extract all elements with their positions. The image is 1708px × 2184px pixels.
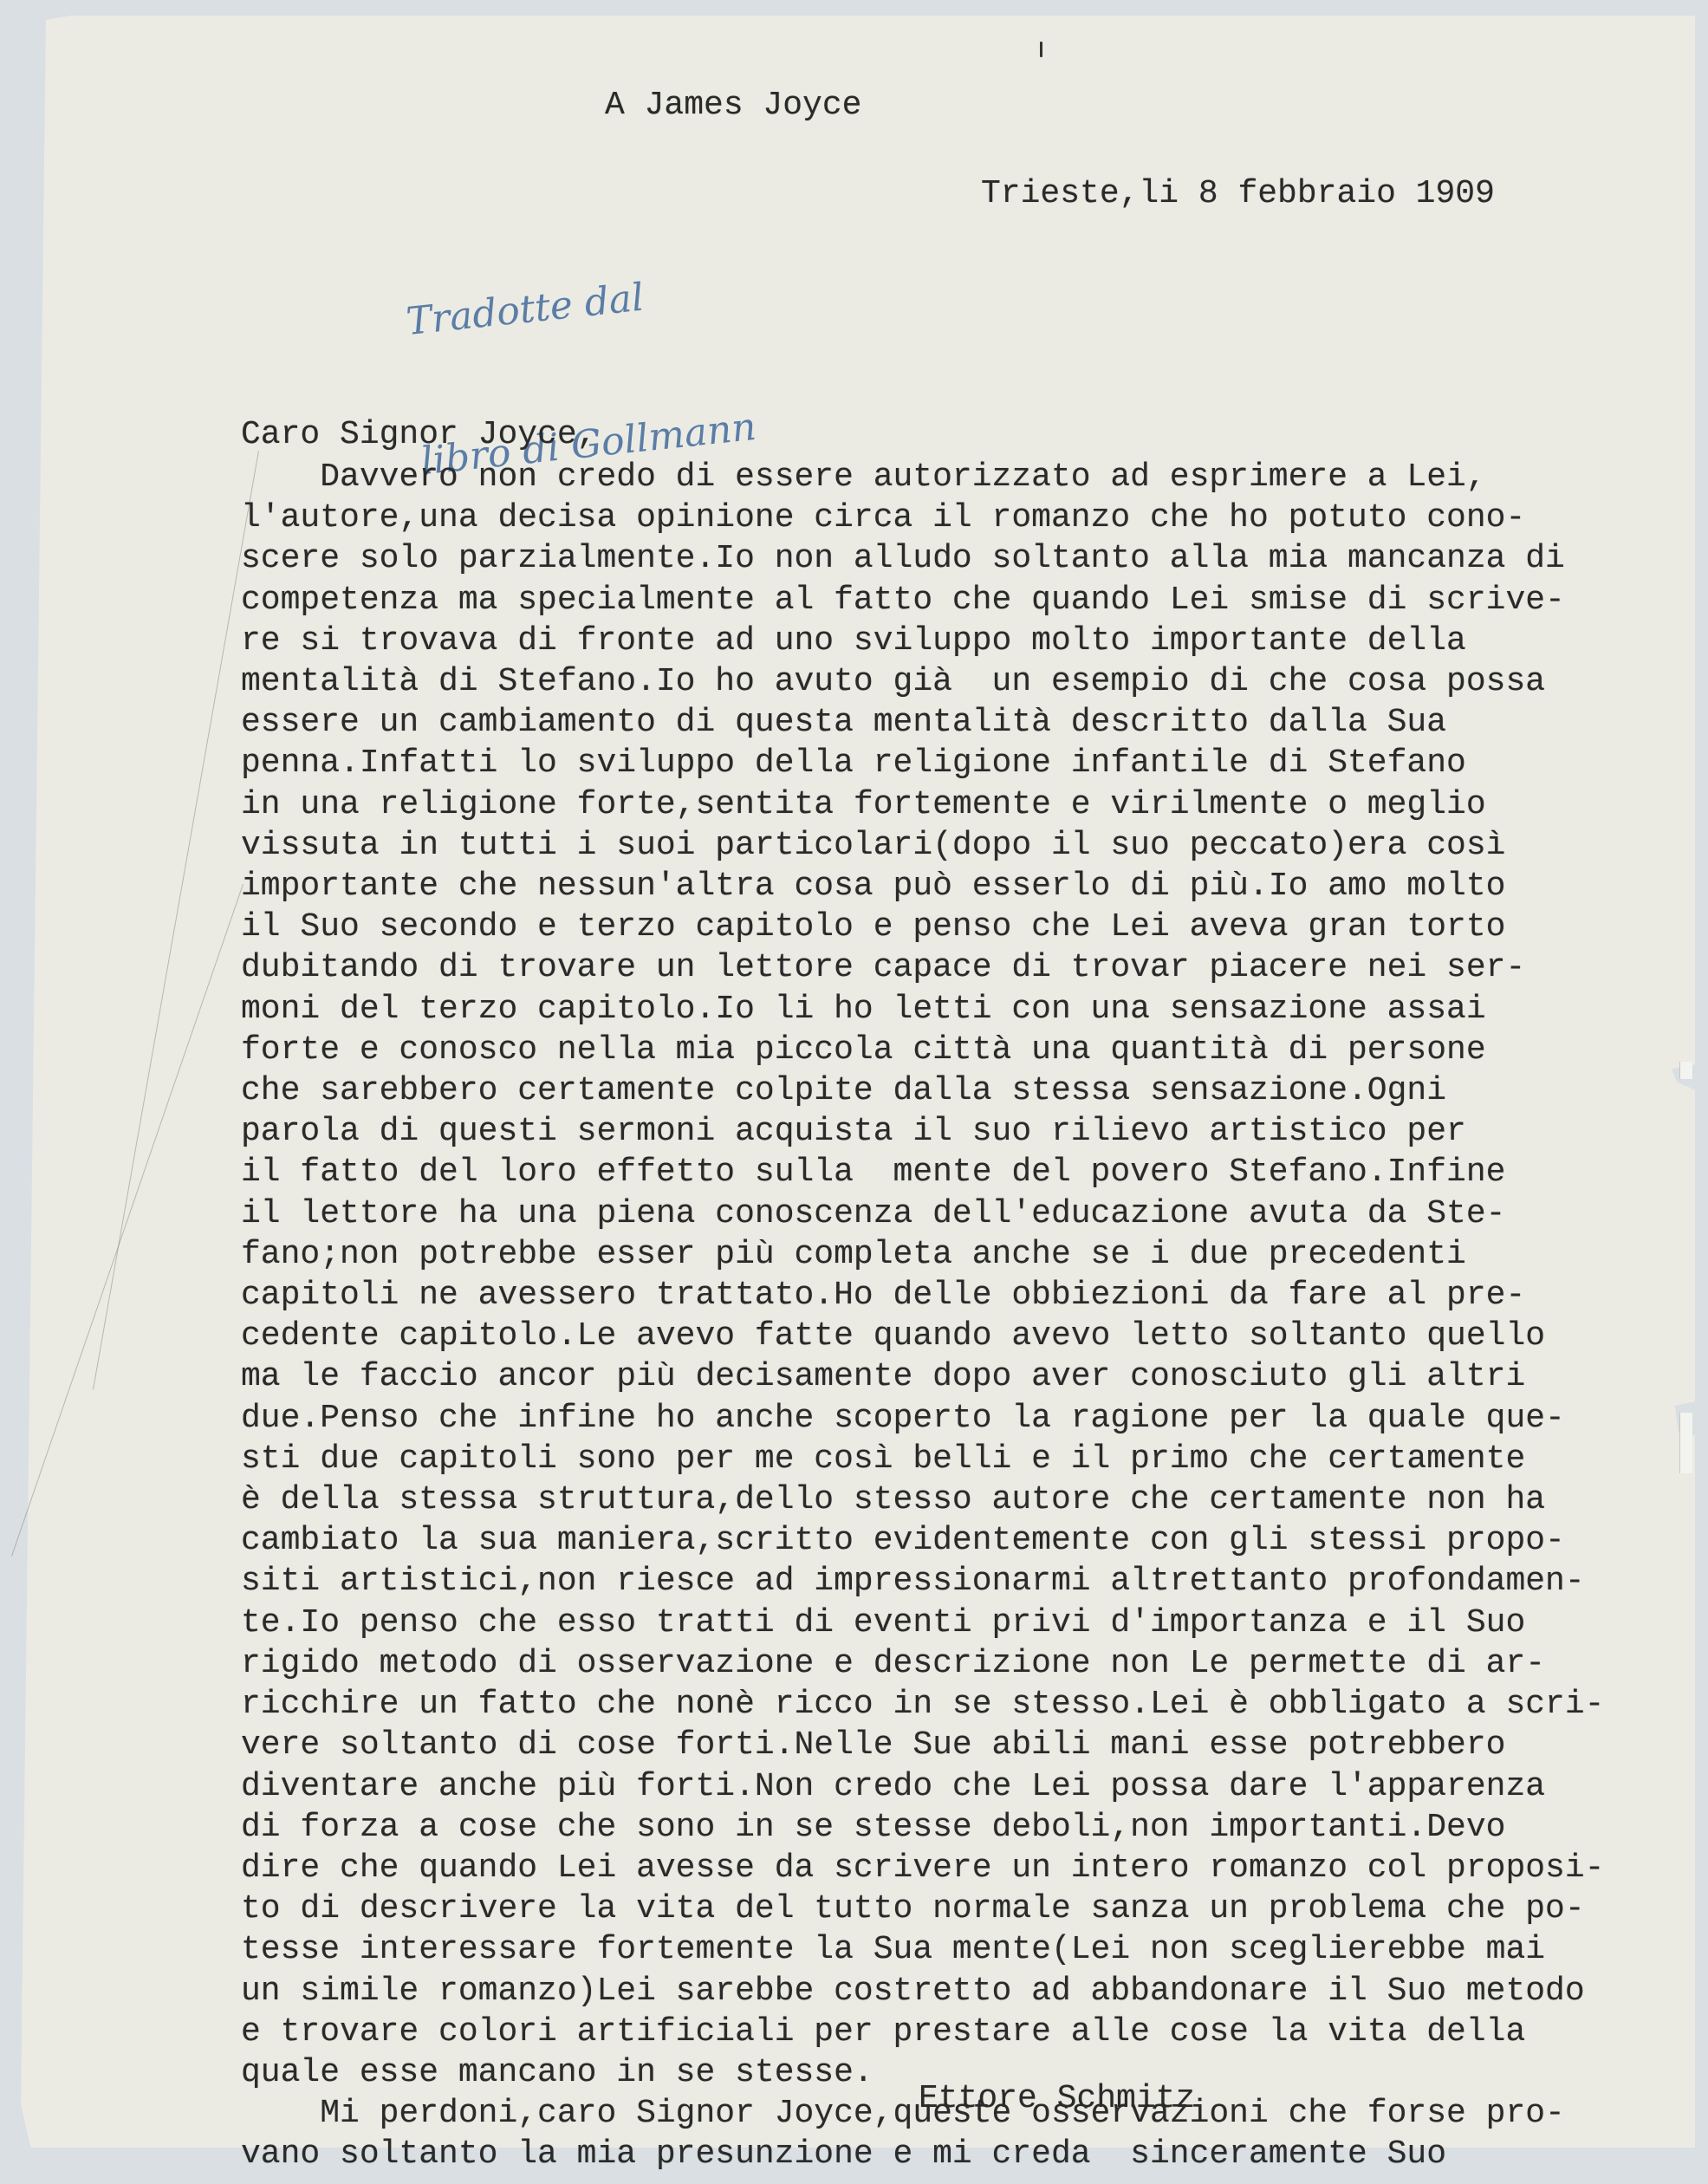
body-line: due.Penso che infine ho anche scoperto l… <box>241 1398 1604 1439</box>
body-line: dire che quando Lei avesse da scrivere u… <box>241 1848 1604 1888</box>
body-line: diventare anche più forti.Non credo che … <box>241 1766 1604 1807</box>
place-date: Trieste,li 8 febbraio 1909 <box>981 173 1495 214</box>
body-line: Davvero non credo di essere autorizzato … <box>241 457 1604 497</box>
body-line: forte e conosco nella mia piccola città … <box>241 1030 1604 1070</box>
body-line: l'autore,una decisa opinione circa il ro… <box>241 497 1604 538</box>
body-line: un simile romanzo)Lei sarebbe costretto … <box>241 1971 1604 2012</box>
body-line: essere un cambiamento di questa mentalit… <box>241 702 1604 743</box>
body-line: parola di questi sermoni acquista il suo… <box>241 1111 1604 1152</box>
body-line: rigido metodo di osservazione e descrizi… <box>241 1643 1604 1684</box>
body-line: importante che nessun'altra cosa può ess… <box>241 866 1604 907</box>
recipient-heading: A James Joyce <box>605 85 861 126</box>
body-line: capitoli ne avessero trattato.Ho delle o… <box>241 1275 1604 1316</box>
body-line: mentalità di Stefano.Io ho avuto già un … <box>241 661 1604 702</box>
signature: Ettore Schmitz <box>919 2078 1195 2119</box>
body-line: di forza a cose che sono in se stesse de… <box>241 1807 1604 1848</box>
body-line: ma le faccio ancor più decisamente dopo … <box>241 1356 1604 1397</box>
body-line: tesse interessare fortemente la Sua ment… <box>241 1929 1604 1970</box>
body-line: che sarebbero certamente colpite dalla s… <box>241 1070 1604 1111</box>
body-line: il fatto del loro effetto sulla mente de… <box>241 1152 1604 1193</box>
paper-tear <box>1679 1413 1692 1473</box>
body-line: dubitando di trovare un lettore capace d… <box>241 947 1604 988</box>
body-line: e trovare colori artificiali per prestar… <box>241 2012 1604 2052</box>
body-line: scere solo parzialmente.Io non alludo so… <box>241 538 1604 579</box>
body-line: il Suo secondo e terzo capitolo e penso … <box>241 907 1604 947</box>
paper-tear <box>1679 1062 1692 1079</box>
ink-mark <box>1040 42 1042 57</box>
body-line: il lettore ha una piena conoscenza dell'… <box>241 1193 1604 1234</box>
body-line: competenza ma specialmente al fatto che … <box>241 580 1604 621</box>
handwritten-note-line: Tradotte dal <box>404 264 744 346</box>
body-line: sti due capitoli sono per me così belli … <box>241 1439 1604 1479</box>
body-line: è della stessa struttura,dello stesso au… <box>241 1479 1604 1520</box>
body-line: re si trovava di fronte ad uno sviluppo … <box>241 621 1604 661</box>
letter-body: Davvero non credo di essere autorizzato … <box>241 457 1604 2175</box>
body-line: te.Io penso che esso tratti di eventi pr… <box>241 1602 1604 1643</box>
body-line: cedente capitolo.Le avevo fatte quando a… <box>241 1316 1604 1356</box>
body-line: vere soltanto di cose forti.Nelle Sue ab… <box>241 1725 1604 1765</box>
body-line: siti artistici,non riesce ad impressiona… <box>241 1561 1604 1602</box>
body-line: moni del terzo capitolo.Io li ho letti c… <box>241 989 1604 1030</box>
body-line: fano;non potrebbe esser più completa anc… <box>241 1234 1604 1275</box>
body-line: cambiato la sua maniera,scritto evidente… <box>241 1520 1604 1561</box>
body-line: vano soltanto la mia presunzione e mi cr… <box>241 2134 1604 2174</box>
body-line: penna.Infatti lo sviluppo della religion… <box>241 743 1604 783</box>
body-line: in una religione forte,sentita fortement… <box>241 784 1604 825</box>
body-line: vissuta in tutti i suoi particolari(dopo… <box>241 825 1604 866</box>
body-line: ricchire un fatto che nonè ricco in se s… <box>241 1684 1604 1725</box>
body-line: to di descrivere la vita del tutto norma… <box>241 1888 1604 1929</box>
salutation: Caro Signor Joyce, <box>241 414 596 455</box>
